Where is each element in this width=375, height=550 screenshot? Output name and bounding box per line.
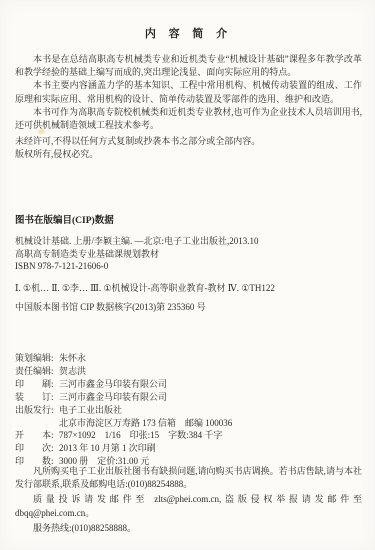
book-copyright-page: 内 容 简 介 本书是在总结高职高专机械类专业和近机类专业“机械设计基础”课程多… [0, 0, 375, 550]
colophon-value: 贺志洪 [59, 366, 86, 376]
colophon-label: 印 次: [15, 442, 59, 455]
colophon-label: 出版发行: [15, 404, 59, 417]
colophon-section: 策划编辑:朱怀永 责任编辑:贺志洪 印 刷:三河市鑫金马印装有限公司 装 订:三… [15, 352, 362, 468]
cip-line: 高职高专制造类专业基础课规划教材 [15, 248, 362, 261]
colophon-row: 出版发行:电子工业出版社 [15, 404, 362, 417]
summary-paragraph: 本书是在总结高职高专机械类专业和近机类专业“机械设计基础”课程多年教学改革和教学… [15, 53, 362, 79]
copyright-notice-line: 未经许可,不得以任何方式复制或抄袭本书之部分或全部内容。 [15, 135, 362, 148]
colophon-label: 责任编辑: [15, 365, 59, 378]
colophon-label: 印 刷: [15, 378, 59, 391]
cip-line: 机械设计基础. 上册/李颖主编. —北京:电子工业出版社,2013.10 [15, 235, 362, 248]
colophon-value: 北京市海淀区万寿路 173 信箱 邮编 100036 [59, 418, 232, 428]
colophon-value: 电子工业出版社 [59, 405, 122, 415]
service-note-paragraph: 凡所购买电子工业出版社图书有缺损问题,请向购买书店调换。若书店售缺,请与本社发行… [15, 465, 362, 491]
cip-data-section: 图书在版编目(CIP)数据 机械设计基础. 上册/李颖主编. —北京:电子工业出… [15, 212, 362, 313]
colophon-row: 印 次:2013 年 10 月第 1 次印刷 [15, 442, 362, 455]
colophon-row: 印 刷:三河市鑫金马印装有限公司 [15, 378, 362, 391]
cip-line: ISBN 978-7-121-21606-0 [15, 260, 362, 273]
summary-paragraph: 本书主要内容涵盖力学的基本知识、工程中常用机构、机械传动装置的组成、工作原理和实… [15, 79, 362, 105]
colophon-value: 三河市鑫金马印装有限公司 [59, 379, 167, 389]
cip-record-number: 中国版本图书馆 CIP 数据核字(2013)第 235360 号 [15, 301, 362, 313]
colophon-row: 开 本:787×1092 1/16 印张:15 字数:384 千字 [15, 429, 362, 442]
summary-paragraph: 本书可作为高职高专院校机械类和近机类专业教材,也可作为企业技术人员培训用书,还可… [15, 106, 362, 132]
cip-lines: 机械设计基础. 上册/李颖主编. —北京:电子工业出版社,2013.10 高职高… [15, 235, 362, 273]
colophon-value: 三河市鑫金马印装有限公司 [59, 392, 167, 402]
colophon-value: 2013 年 10 月第 1 次印刷 [59, 443, 156, 453]
copyright-notice: 未经许可,不得以任何方式复制或抄袭本书之部分或全部内容。 版权所有,侵权必究。 [15, 135, 362, 161]
colophon-value: 朱怀永 [59, 353, 86, 363]
colophon-label: 装 订: [15, 391, 59, 404]
service-note-paragraph: 质量投诉请发邮件至 zlts@phei.com.cn,盗版侵权举报请发邮件至 d… [15, 493, 362, 519]
colophon-row: 装 订:三河市鑫金马印装有限公司 [15, 391, 362, 404]
service-note-paragraph: 服务热线:(010)88258888。 [15, 522, 362, 535]
colophon-row: 责任编辑:贺志洪 [15, 365, 362, 378]
colophon-row: 北京市海淀区万寿路 173 信箱 邮编 100036 [15, 417, 362, 430]
content-summary-paragraphs: 本书是在总结高职高专机械类专业和近机类专业“机械设计基础”课程多年教学改革和教学… [15, 53, 362, 132]
cip-heading: 图书在版编目(CIP)数据 [15, 212, 362, 226]
colophon-label: 策划编辑: [15, 352, 59, 365]
cip-classification: Ⅰ. ①机… Ⅱ. ①李… Ⅲ. ①机械设计-高等职业教育-教材 Ⅳ. ①TH1… [15, 282, 362, 294]
service-notes-section: 凡所购买电子工业出版社图书有缺损问题,请向购买书店调换。若书店售缺,请与本社发行… [15, 465, 362, 535]
colophon-value: 787×1092 1/16 印张:15 字数:384 千字 [59, 430, 222, 440]
colophon-row: 策划编辑:朱怀永 [15, 352, 362, 365]
content-summary-section: 内 容 简 介 本书是在总结高职高专机械类专业和近机类专业“机械设计基础”课程多… [15, 25, 362, 132]
copyright-notice-line: 版权所有,侵权必究。 [15, 148, 362, 161]
content-summary-title: 内 容 简 介 [15, 25, 362, 41]
colophon-label: 开 本: [15, 429, 59, 442]
